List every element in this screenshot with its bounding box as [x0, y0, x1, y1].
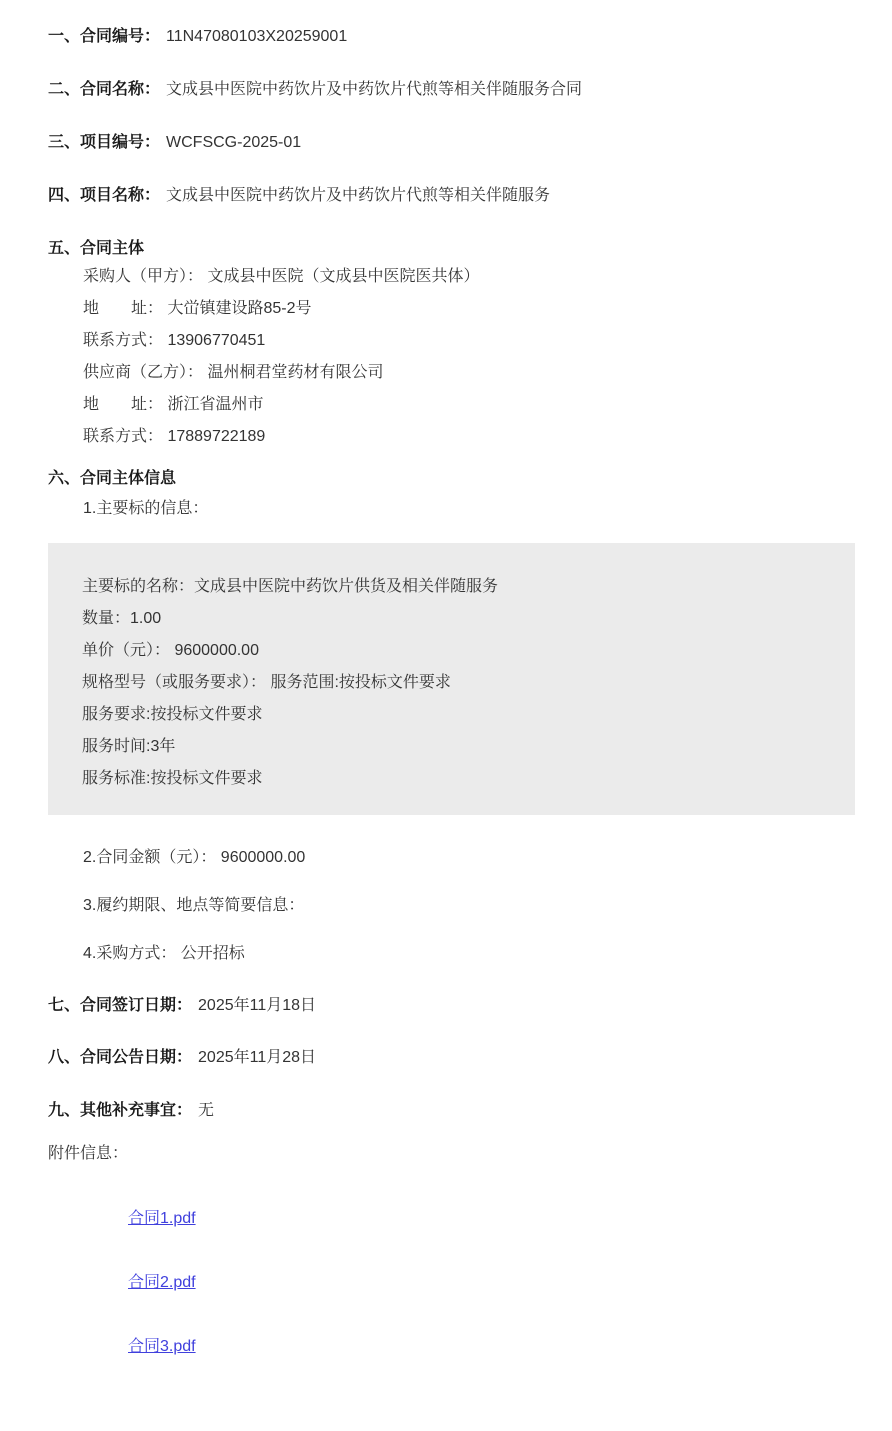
contract-parties-heading: 五、合同主体 [48, 238, 855, 259]
attachment-row: 合同2.pdf [128, 1272, 855, 1293]
other-matters-value: 无 [198, 1102, 214, 1119]
project-number-value: WCFSCG-2025-01 [166, 134, 301, 151]
contract-publish-date-label: 八、合同公告日期： [48, 1049, 192, 1066]
supplier-address-line: 地 址： 浙江省温州市 [83, 394, 855, 415]
attachment-link-contract2-pdf[interactable]: 合同2.pdf [128, 1274, 196, 1291]
purchaser-contact-line: 联系方式： 13906770451 [83, 330, 855, 351]
contract-number-value: 11N47080103X20259001 [166, 28, 347, 45]
attachment-row: 合同3.pdf [128, 1336, 855, 1357]
attachment-link-contract1-pdf[interactable]: 合同1.pdf [128, 1210, 196, 1227]
contract-announcement-document: 一、合同编号：11N47080103X20259001 二、合同名称：文成县中医… [0, 0, 892, 1357]
purchaser-line: 采购人（甲方）： 文成县中医院（文成县中医院医共体） [83, 266, 855, 287]
project-name-row: 四、项目名称：文成县中医院中药饮片及中药饮片代煎等相关伴随服务 [48, 185, 855, 206]
service-standard-line: 服务标准:按投标文件要求 [82, 768, 835, 789]
subject-quantity-line: 数量：1.00 [82, 608, 835, 629]
project-name-value: 文成县中医院中药饮片及中药饮片代煎等相关伴随服务 [166, 187, 550, 204]
contract-name-label: 二、合同名称： [48, 81, 160, 98]
subject-spec-line: 规格型号（或服务要求）： 服务范围:按投标文件要求 [82, 672, 835, 693]
project-name-label: 四、项目名称： [48, 187, 160, 204]
attachments-heading: 附件信息： [48, 1143, 855, 1164]
attachment-row: 合同1.pdf [128, 1208, 855, 1229]
contract-sign-date-label: 七、合同签订日期： [48, 997, 192, 1014]
service-requirement-line: 服务要求:按投标文件要求 [82, 704, 835, 725]
project-number-row: 三、项目编号：WCFSCG-2025-01 [48, 132, 855, 153]
other-matters-row: 九、其他补充事宜：无 [48, 1100, 855, 1121]
contract-sign-date-row: 七、合同签订日期：2025年11月18日 [48, 995, 855, 1016]
performance-info-line: 3.履约期限、地点等简要信息： [83, 895, 855, 916]
supplier-contact-line: 联系方式： 17889722189 [83, 426, 855, 447]
contract-amount-line: 2.合同金额（元）： 9600000.00 [83, 847, 855, 868]
project-number-label: 三、项目编号： [48, 134, 160, 151]
supplier-line: 供应商（乙方）： 温州桐君堂药材有限公司 [83, 362, 855, 383]
subject-unit-price-line: 单价（元）： 9600000.00 [82, 640, 835, 661]
contract-sign-date-value: 2025年11月18日 [198, 997, 316, 1014]
main-subject-info-label: 1.主要标的信息： [83, 498, 855, 519]
purchaser-address-line: 地 址： 大峃镇建设路85-2号 [83, 298, 855, 319]
contract-name-value: 文成县中医院中药饮片及中药饮片代煎等相关伴随服务合同 [166, 81, 582, 98]
subject-details-box: 主要标的名称：文成县中医院中药饮片供货及相关伴随服务 数量：1.00 单价（元）… [48, 543, 855, 815]
subject-name-line: 主要标的名称：文成县中医院中药饮片供货及相关伴随服务 [82, 576, 835, 597]
contract-publish-date-row: 八、合同公告日期：2025年11月28日 [48, 1047, 855, 1068]
service-time-line: 服务时间:3年 [82, 736, 835, 757]
contract-number-label: 一、合同编号： [48, 28, 160, 45]
contract-name-row: 二、合同名称：文成县中医院中药饮片及中药饮片代煎等相关伴随服务合同 [48, 79, 855, 100]
other-matters-label: 九、其他补充事宜： [48, 1102, 192, 1119]
contract-publish-date-value: 2025年11月28日 [198, 1049, 316, 1066]
procurement-method-line: 4.采购方式： 公开招标 [83, 943, 855, 964]
attachment-link-contract3-pdf[interactable]: 合同3.pdf [128, 1338, 196, 1355]
contract-subject-info-heading: 六、合同主体信息 [48, 468, 855, 489]
contract-number-row: 一、合同编号：11N47080103X20259001 [48, 26, 855, 47]
